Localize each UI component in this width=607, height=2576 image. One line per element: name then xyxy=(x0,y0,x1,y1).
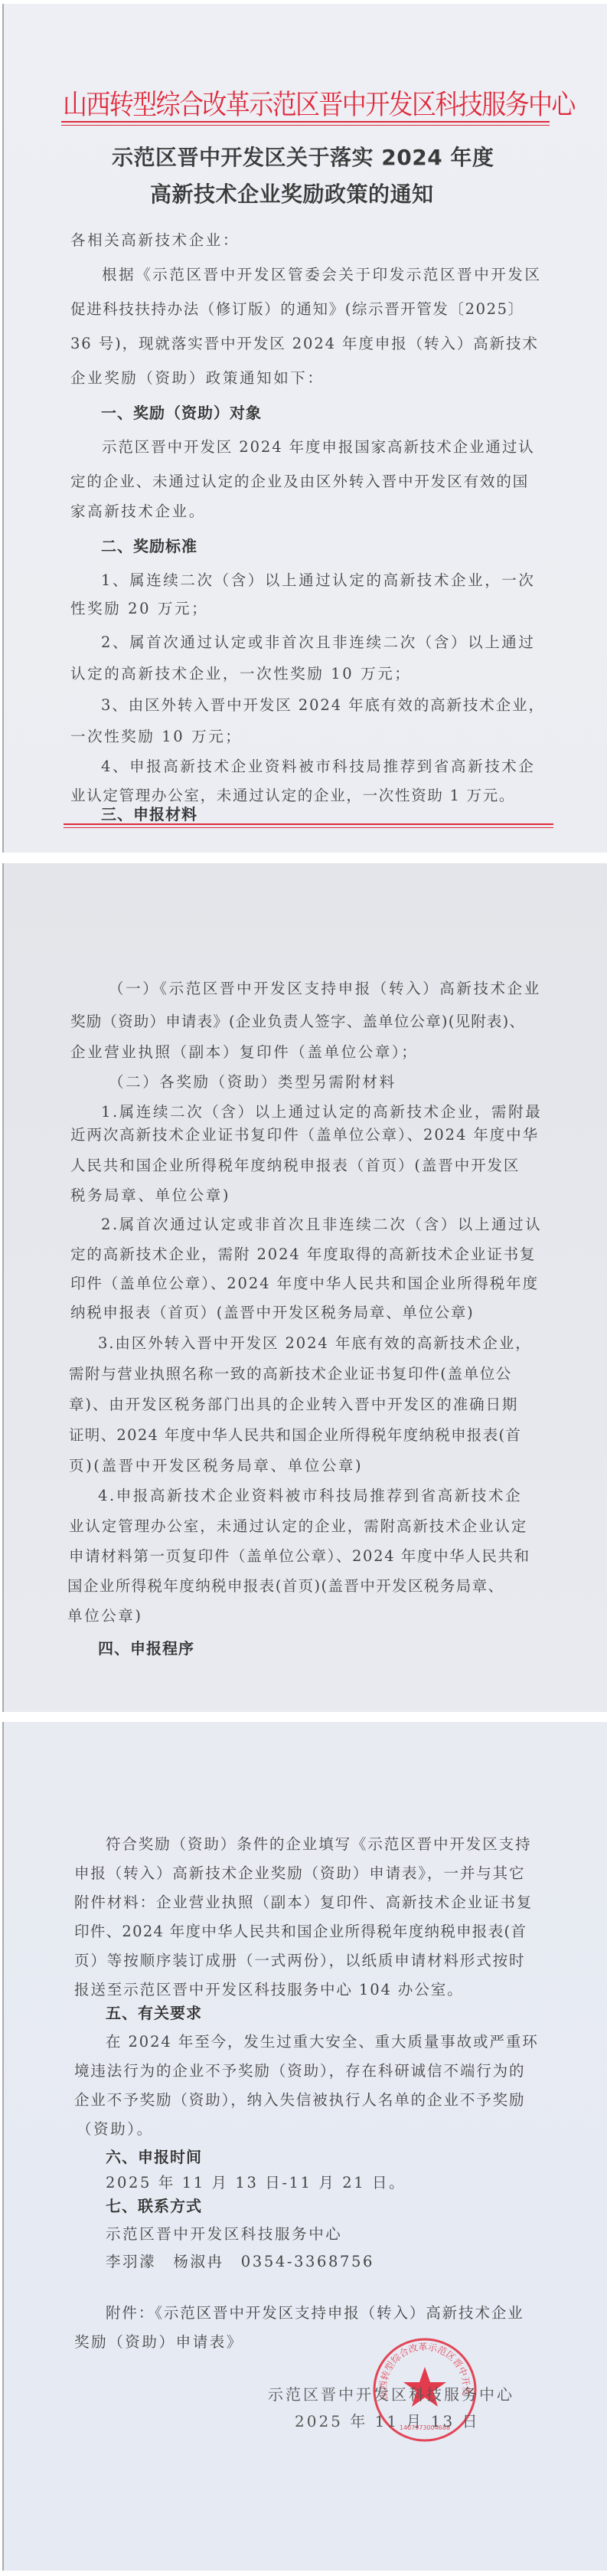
materials-sub-2-heading: （二）各奖励（资助）类型另需附材料 xyxy=(109,1070,397,1092)
materials-item-2: 2.属首次通过认定或非首次且非连续二次（含）以上通过认 xyxy=(101,1213,542,1234)
signature-date: 2025 年 11 月 13 日 xyxy=(295,2409,480,2431)
procedure-line: 附件材料：企业营业执照（副本）复印件、高新技术企业证书复 xyxy=(74,1890,533,1912)
materials-item-4: 单位公章) xyxy=(67,1604,143,1625)
reward-item-1: 1、属连续二次（含）以上通过认定的高新技术企业，一次 xyxy=(101,568,536,590)
signature-org: 示范区晋中开发区科技服务中心 xyxy=(268,2382,514,2404)
salutation: 各相关高新技术企业： xyxy=(70,228,240,250)
red-rule-top xyxy=(61,121,550,123)
requirements-line: 境违法行为的企业不予奖励（资助），存在科研诚信不端行为的 xyxy=(74,2059,525,2080)
materials-sub-1: （一）《示范区晋中开发区支持申报（转入）高新技术企业 xyxy=(109,977,541,998)
materials-item-4: 申请材料第一页复印件（盖单位公章）、2024 年度中华人民共和 xyxy=(69,1544,530,1566)
reward-item-2: 2、属首次通过认定或非首次且非连续二次（含）以上通过 xyxy=(101,630,536,652)
attachment-line: 奖励（资助）申请表》 xyxy=(74,2330,243,2352)
reward-item-2-cont: 认定的高新技术企业，一次性奖励 10 万元； xyxy=(70,662,411,683)
section-heading-4: 四、申报程序 xyxy=(98,1636,194,1658)
section-heading-3: 三、申报材料 xyxy=(101,802,197,824)
title-line-1: 示范区晋中开发区关于落实 2024 年度 xyxy=(112,141,494,172)
materials-item-3: 章)、由开发区税务部门出具的企业转入晋中开发区的准确日期 xyxy=(69,1393,518,1414)
materials-item-1: 人民共和国企业所得税年度纳税申报表（首页）(盖晋中开发区 xyxy=(70,1154,520,1175)
materials-item-4: 4.申报高新技术企业资料被市科技局推荐到省高新技术企 xyxy=(98,1484,522,1505)
reward-item-3-cont: 一次性奖励 10 万元； xyxy=(70,725,242,746)
intro-line: 根据《示范区晋中开发区管委会关于印发示范区晋中开发区 xyxy=(102,263,542,284)
reward-item-3: 3、由区外转入晋中开发区 2024 年底有效的高新技术企业， xyxy=(101,693,545,715)
section-heading-7: 七、联系方式 xyxy=(106,2194,202,2216)
section-heading-1: 一、奖励（资助）对象 xyxy=(101,401,262,423)
materials-item-2: 纳税申报表（首页）(盖晋中开发区税务局章、单位公章) xyxy=(70,1301,474,1322)
materials-item-2: 定的高新技术企业，需附 2024 年度取得的高新技术企业证书复 xyxy=(70,1242,536,1264)
reward-item-1-cont: 性奖励 20 万元； xyxy=(70,597,208,618)
materials-item-3: 页)(盖晋中开发区税务局章、单位公章) xyxy=(69,1454,363,1475)
requirements-line: 在 2024 年至今，发生过重大安全、重大质量事故或严重环 xyxy=(106,2030,539,2051)
section-heading-2: 二、奖励标准 xyxy=(101,534,197,556)
red-rule-top-thin xyxy=(61,125,550,126)
reward-item-4: 4、申报高新技术企业资料被市科技局推荐到省高新技术企 xyxy=(101,754,536,776)
materials-sub-1: 企业营业执照（副本）复印件（盖单位公章）； xyxy=(70,1040,418,1062)
application-period: 2025 年 11 月 13 日-11 月 21 日。 xyxy=(106,2171,406,2192)
materials-item-4: 业认定管理办公室，未通过认定的企业，需附高新技术企业认定 xyxy=(69,1514,527,1536)
materials-item-3: 3.由区外转入晋中开发区 2024 年底有效的高新技术企业， xyxy=(98,1331,532,1353)
intro-line: 促进科技扶持办法（修订版）的通知》(综示晋开管发〔2025〕 xyxy=(70,297,524,319)
issuer-header: 山西转型综合改革示范区晋中开发区科技服务中心 xyxy=(63,83,575,123)
contact-org: 示范区晋中开发区科技服务中心 xyxy=(106,2222,342,2244)
materials-item-2: 印件（盖单位公章）、2024 年度中华人民共和国企业所得税年度 xyxy=(70,1272,539,1293)
intro-line: 企业奖励（资助）政策通知如下： xyxy=(70,366,325,388)
red-rule-bottom-thin xyxy=(64,827,553,828)
materials-item-3: 证明、2024 年度中华人民共和国企业所得税年度纳税申报表(首 xyxy=(69,1423,521,1445)
intro-line: 36 号)，现就落实晋中开发区 2024 年度申报（转入）高新技术 xyxy=(70,332,539,353)
contact-persons-phone: 李羽濛 杨淑冉 0354-3368756 xyxy=(106,2250,374,2271)
requirements-line: （资助）。 xyxy=(77,2117,154,2139)
materials-item-1: 近两次高新技术企业证书复印件（盖单位公章）、2024 年度中华 xyxy=(70,1123,539,1144)
procedure-line: 申报（转入）高新技术企业奖励（资助）申请表》，一并与其它 xyxy=(74,1861,525,1883)
requirements-line: 企业不予奖励（资助），纳入失信被执行人名单的企业不予奖励 xyxy=(74,2088,525,2110)
red-rule-bottom xyxy=(64,823,553,825)
title-line-2: 高新技术企业奖励政策的通知 xyxy=(150,178,434,208)
section-heading-5: 五、有关要求 xyxy=(106,2001,202,2023)
materials-item-1: 税务局章、单位公章) xyxy=(70,1183,230,1205)
section-1-line: 家高新技术企业。 xyxy=(70,499,206,521)
attachment-line: 附件：《示范区晋中开发区支持申报（转入）高新技术企业 xyxy=(106,2301,524,2322)
materials-item-1: 1.属连续二次（含）以上通过认定的高新技术企业，需附最 xyxy=(101,1100,542,1121)
materials-sub-1: 奖励（资助）申请表》(企业负责人签字、盖单位公章)(见附表)、 xyxy=(70,1010,525,1031)
procedure-line: 报送至示范区晋中开发区科技服务中心 104 办公室。 xyxy=(74,1978,464,1999)
procedure-line: 符合奖励（资助）条件的企业填写《示范区晋中开发区支持 xyxy=(106,1832,531,1854)
section-1-line: 示范区晋中开发区 2024 年度申报国家高新技术企业通过认 xyxy=(102,435,535,457)
procedure-line: 印件、2024 年度中华人民共和国企业所得税年度纳税申报表(首 xyxy=(74,1920,527,1941)
materials-item-4: 国企业所得税年度纳税申报表(首页)(盖晋中开发区税务局章、 xyxy=(67,1574,504,1596)
section-heading-6: 六、申报时间 xyxy=(106,2145,202,2167)
section-1-line: 定的企业、未通过认定的企业及由区外转入晋中开发区有效的国 xyxy=(70,470,529,491)
materials-item-3: 需附与营业执照名称一致的高新技术企业证书复印件(盖单位公 xyxy=(69,1362,512,1383)
procedure-line: 页）等按顺序装订成册（一式两份），以纸质申请材料形式按时 xyxy=(74,1949,525,1970)
